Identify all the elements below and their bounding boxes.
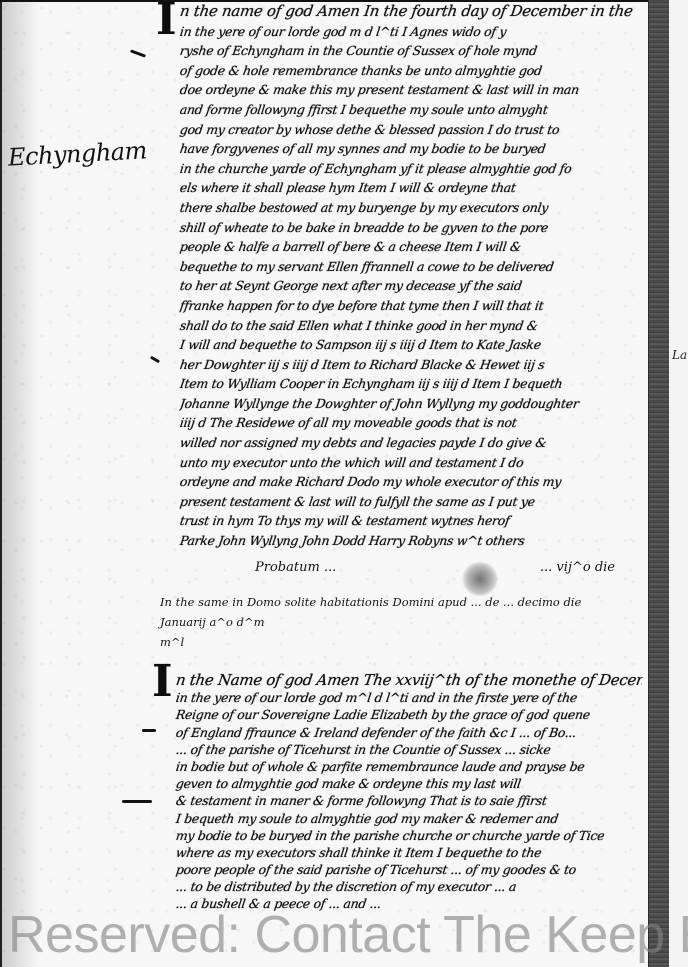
manuscript-line: people & halfe a barrell of bere & a che…	[179, 237, 644, 257]
manuscript-line: trust in hym To thys my will & testament…	[179, 511, 644, 531]
manuscript-line: have forgyvenes of all my synnes and my …	[179, 139, 644, 159]
manuscript-line: ... to be distributed by the discretion …	[175, 878, 643, 895]
manuscript-line: n the name of god Amen In the fourth day…	[179, 2, 644, 22]
manuscript-line: in the yere of our lorde god m d l^ti I …	[179, 22, 644, 42]
manuscript-line: ffranke happen for to dye before that ty…	[179, 296, 644, 316]
manuscript-line: geven to almyghtie god make & ordeyne th…	[175, 775, 643, 792]
manuscript-line: shill of wheate to be bake in breadde to…	[179, 218, 644, 238]
manuscript-line: bequethe to my servant Ellen ffrannell a…	[179, 257, 644, 277]
manuscript-line: unto my executor unto the which will and…	[179, 453, 644, 473]
facing-page-mark: La	[672, 348, 687, 362]
manuscript-line: in the churche yarde of Echyngham yf it …	[179, 159, 644, 179]
manuscript-line: of gode & hole remembrance thanks be unt…	[179, 61, 644, 81]
manuscript-line: ... a bushell & a peece of ... and ...	[175, 895, 643, 912]
manuscript-line: I will and bequethe to Sampson iij s iii…	[179, 335, 644, 355]
manuscript-line: & testament in maner & forme followyng T…	[175, 792, 643, 809]
manuscript-line: of England ffraunce & Ireland defender o…	[175, 724, 643, 741]
manuscript-line: Parke John Wyllyng John Dodd Harry Robyn…	[179, 531, 644, 551]
manuscript-line: there shalbe bestowed at my buryenge by …	[179, 198, 644, 218]
manuscript-page: Echyngham I n the name of god Amen In th…	[0, 0, 688, 967]
ink-stain	[462, 562, 498, 596]
signoff-right: ... vij^o die	[540, 560, 615, 575]
manuscript-line: her Dowghter iij s iiij d Item to Richar…	[179, 355, 644, 375]
facing-page-edge	[669, 0, 688, 967]
manuscript-line: shall do to the said Ellen what I thinke…	[179, 316, 644, 336]
manuscript-line: my bodie to be buryed in the parishe chu…	[175, 827, 643, 844]
binding-gutter	[648, 0, 670, 967]
manuscript-line: god my creator by whose dethe & blessed …	[179, 120, 644, 140]
manuscript-line: n the Name of god Amen The xxviij^th of …	[175, 672, 643, 689]
probate-line: m^l	[160, 632, 630, 652]
entry-1-initial: I	[156, 0, 177, 42]
probate-line: In the same in Domo solite habitationis …	[160, 592, 630, 632]
will-entry-2: n the Name of god Amen The xxviij^th of …	[176, 672, 642, 913]
manuscript-line: I bequeth my soule to almyghtie god my m…	[175, 810, 643, 827]
manuscript-line: iiij d The Residewe of all my moveable g…	[179, 413, 644, 433]
manuscript-line: doe ordeyne & make this my present testa…	[179, 80, 644, 100]
will-entry-1: n the name of god Amen In the fourth day…	[180, 2, 642, 551]
manuscript-line: els where it shall please hym Item I wil…	[179, 178, 644, 198]
left-page-edge	[0, 0, 2, 967]
probate-signoff: Probatum ... ... vij^o die	[255, 560, 615, 575]
signoff-left: Probatum ...	[255, 560, 336, 575]
manuscript-line: ... of the parishe of Ticehurst in the C…	[175, 741, 643, 758]
manuscript-line: where as my executors shall thinke it It…	[175, 844, 643, 861]
manuscript-line: poore people of the said parishe of Tice…	[175, 861, 643, 878]
manuscript-line: Reigne of our Sovereigne Ladie Elizabeth…	[175, 706, 643, 723]
manuscript-line: willed nor assigned my debts and legacie…	[179, 433, 644, 453]
entry-2-initial: I	[152, 660, 173, 704]
margin-flourish	[142, 729, 156, 732]
manuscript-line: and forme followyng ffirst I bequethe my…	[179, 100, 644, 120]
manuscript-line: Item to Wylliam Cooper in Echyngham iij …	[179, 374, 644, 394]
manuscript-line: Johanne Wyllynge the Dowghter of John Wy…	[179, 394, 644, 414]
manuscript-line: in the yere of our lorde god m^l d l^ti …	[175, 689, 643, 706]
manuscript-line: ordeyne and make Richard Dodo my whole e…	[179, 472, 644, 492]
margin-flourish	[122, 800, 152, 803]
manuscript-line: present testament & last will to fulfyll…	[179, 492, 644, 512]
manuscript-line: to her at Seynt George next after my dec…	[179, 276, 644, 296]
manuscript-line: ryshe of Echyngham in the Countie of Sus…	[179, 41, 644, 61]
manuscript-line: in bodie but of whole & parfite remembra…	[175, 758, 643, 775]
probate-note: In the same in Domo solite habitationis …	[160, 592, 630, 652]
